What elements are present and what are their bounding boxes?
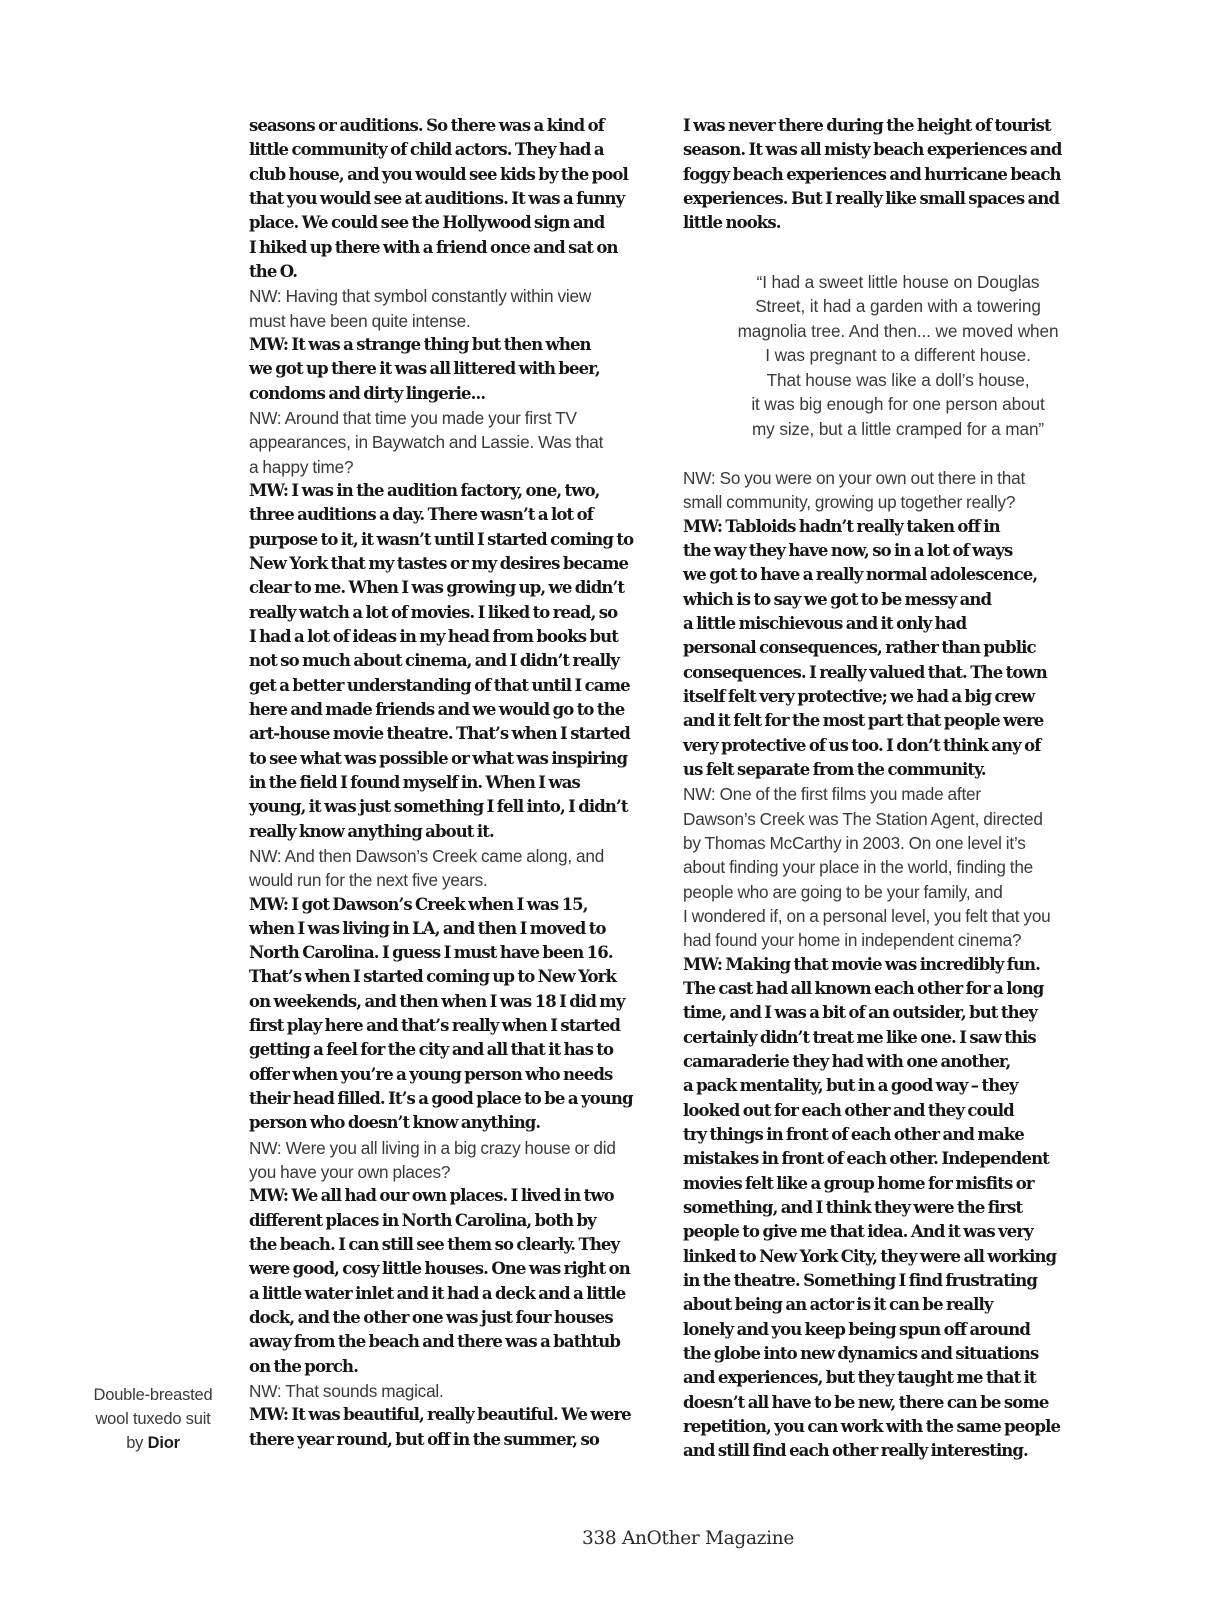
question-block: NW: Having that symbol constantly within…: [249, 284, 673, 333]
question-block: NW: That sounds magical.: [249, 1379, 673, 1403]
caption-line-2: wool tuxedo suit: [95, 1410, 210, 1428]
question-block: NW: One of the first films you made afte…: [683, 782, 1113, 952]
caption-brand: Dior: [148, 1434, 180, 1452]
answer-block: MW: I was in the audition factory, one, …: [249, 479, 673, 844]
answer-block: MW: It was beautiful, really beautiful. …: [249, 1403, 673, 1452]
pull-quote: “I had a sweet little house on Douglas S…: [683, 270, 1113, 442]
column-left: seasons or auditions. So there was a kin…: [249, 114, 673, 1452]
question-block: NW: Were you all living in a big crazy h…: [249, 1136, 673, 1185]
column-right: I was never there during the height of t…: [683, 114, 1113, 1464]
folio-text: 338 AnOther Magazine: [582, 1528, 794, 1549]
answer-block: MW: Tabloids hadn’t really taken off in …: [683, 515, 1113, 783]
caption-line-3: by Dior: [126, 1434, 180, 1452]
answer-block: I was never there during the height of t…: [683, 114, 1113, 236]
caption-by-text: by: [126, 1434, 147, 1452]
answer-block: MW: Making that movie was incredibly fun…: [683, 953, 1113, 1464]
answer-block: seasons or auditions. So there was a kin…: [249, 114, 673, 284]
credit-caption: Double-breasted wool tuxedo suit by Dior: [60, 1383, 246, 1455]
question-block: NW: And then Dawson’s Creek came along, …: [249, 844, 673, 893]
answer-block: MW: We all had our own places. I lived i…: [249, 1184, 673, 1379]
question-block: NW: Around that time you made your first…: [249, 406, 673, 479]
caption-line-1: Double-breasted: [94, 1386, 213, 1404]
question-block: NW: So you were on your own out there in…: [683, 466, 1113, 515]
magazine-page: Double-breasted wool tuxedo suit by Dior…: [0, 0, 1230, 1600]
answer-block: MW: I got Dawson’s Creek when I was 15, …: [249, 893, 673, 1136]
answer-block: MW: It was a strange thing but then when…: [249, 333, 673, 406]
page-footer: 338 AnOther Magazine: [0, 1528, 1230, 1549]
